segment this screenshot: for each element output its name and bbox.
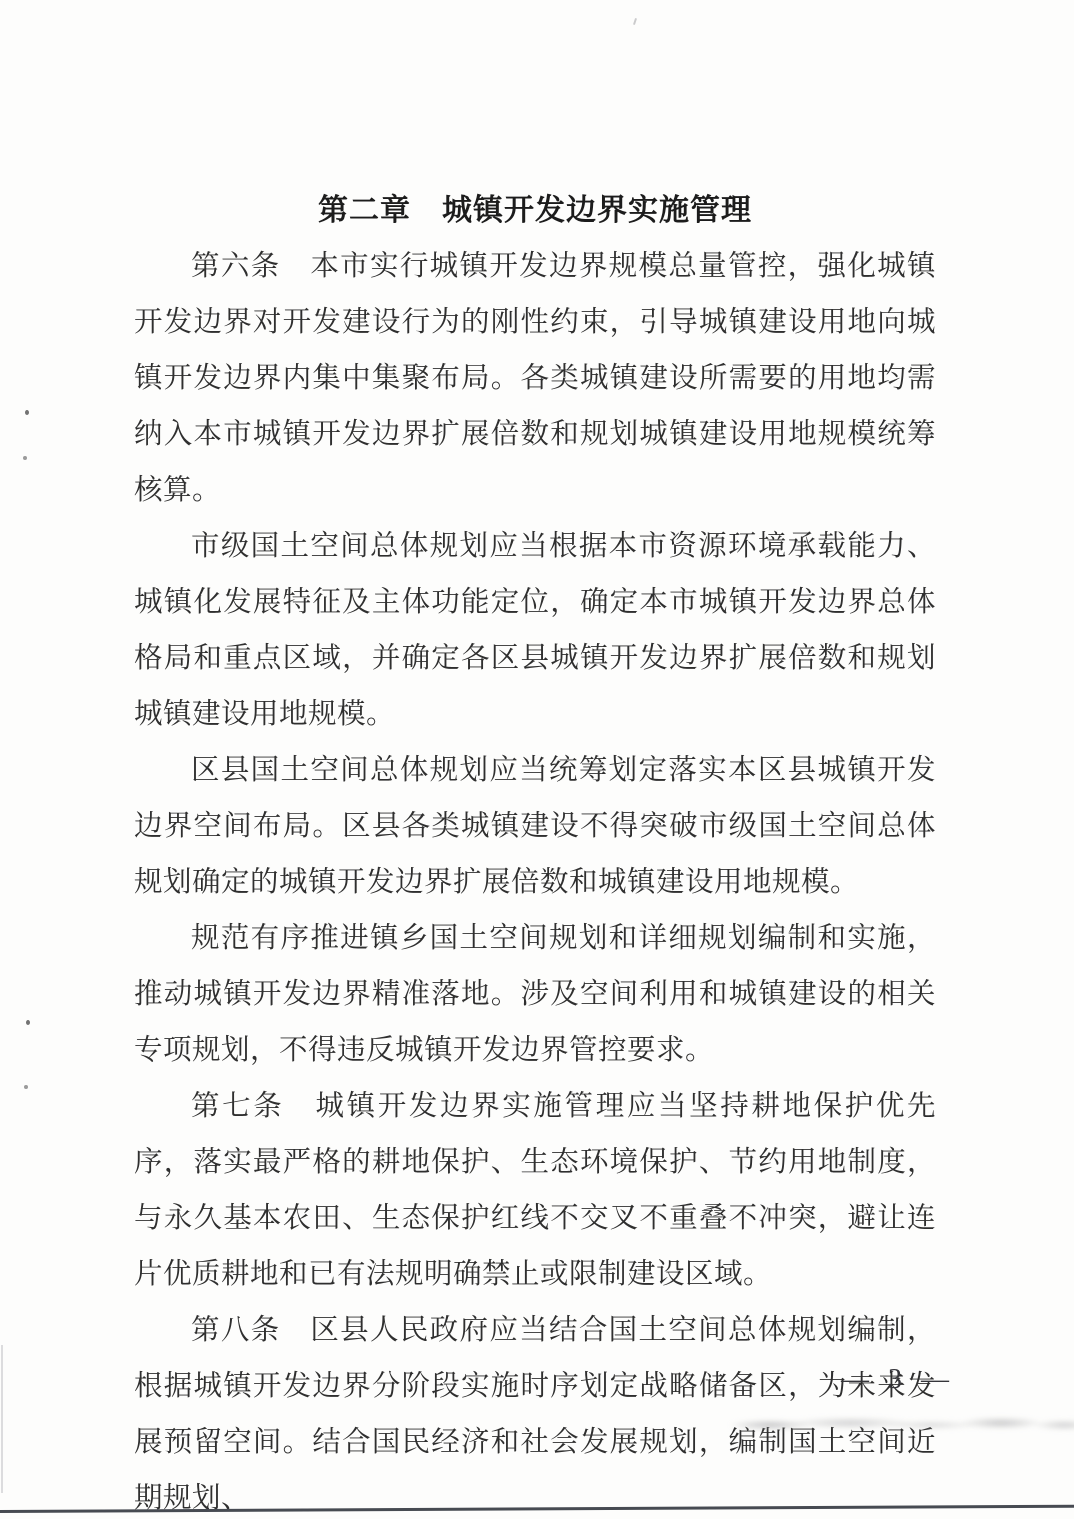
paragraph: 第八条 区县人民政府应当结合国土空间总体规划编制，根据城镇开发边界分阶段实施时序… [134, 1303, 936, 1519]
scan-speck [633, 18, 637, 25]
paragraph: 规范有序推进镇乡国土空间规划和详细规划编制和实施，推动城镇开发边界精准落地。涉及… [134, 911, 936, 1079]
page-number: — 3 — [830, 1358, 960, 1402]
paragraph: 区县国土空间总体规划应当统筹划定落实本区县城镇开发边界空间布局。区县各类城镇建设… [134, 743, 936, 911]
scan-speck [26, 1020, 30, 1025]
paragraph: 市级国土空间总体规划应当根据本市资源环境承载能力、城镇化发展特征及主体功能定位，… [134, 519, 936, 743]
body-text: 第六条 本市实行城镇开发边界规模总量管控，强化城镇开发边界对开发建设行为的刚性约… [134, 239, 936, 1519]
scan-speck [23, 456, 27, 460]
scan-speck [24, 1085, 28, 1089]
document-content: 第二章 城镇开发边界实施管理 第六条 本市实行城镇开发边界规模总量管控，强化城镇… [134, 183, 936, 1519]
scan-smudge [728, 1414, 1074, 1434]
chapter-heading: 第二章 城镇开发边界实施管理 [134, 183, 936, 239]
document-page: 第二章 城镇开发边界实施管理 第六条 本市实行城镇开发边界规模总量管控，强化城镇… [0, 0, 1074, 1519]
scan-speck [25, 410, 29, 415]
scan-edge-artifact [1, 1345, 3, 1493]
paragraph: 第七条 城镇开发边界实施管理应当坚持耕地保护优先序，落实最严格的耕地保护、生态环… [134, 1079, 936, 1303]
paragraph: 第六条 本市实行城镇开发边界规模总量管控，强化城镇开发边界对开发建设行为的刚性约… [134, 239, 936, 519]
